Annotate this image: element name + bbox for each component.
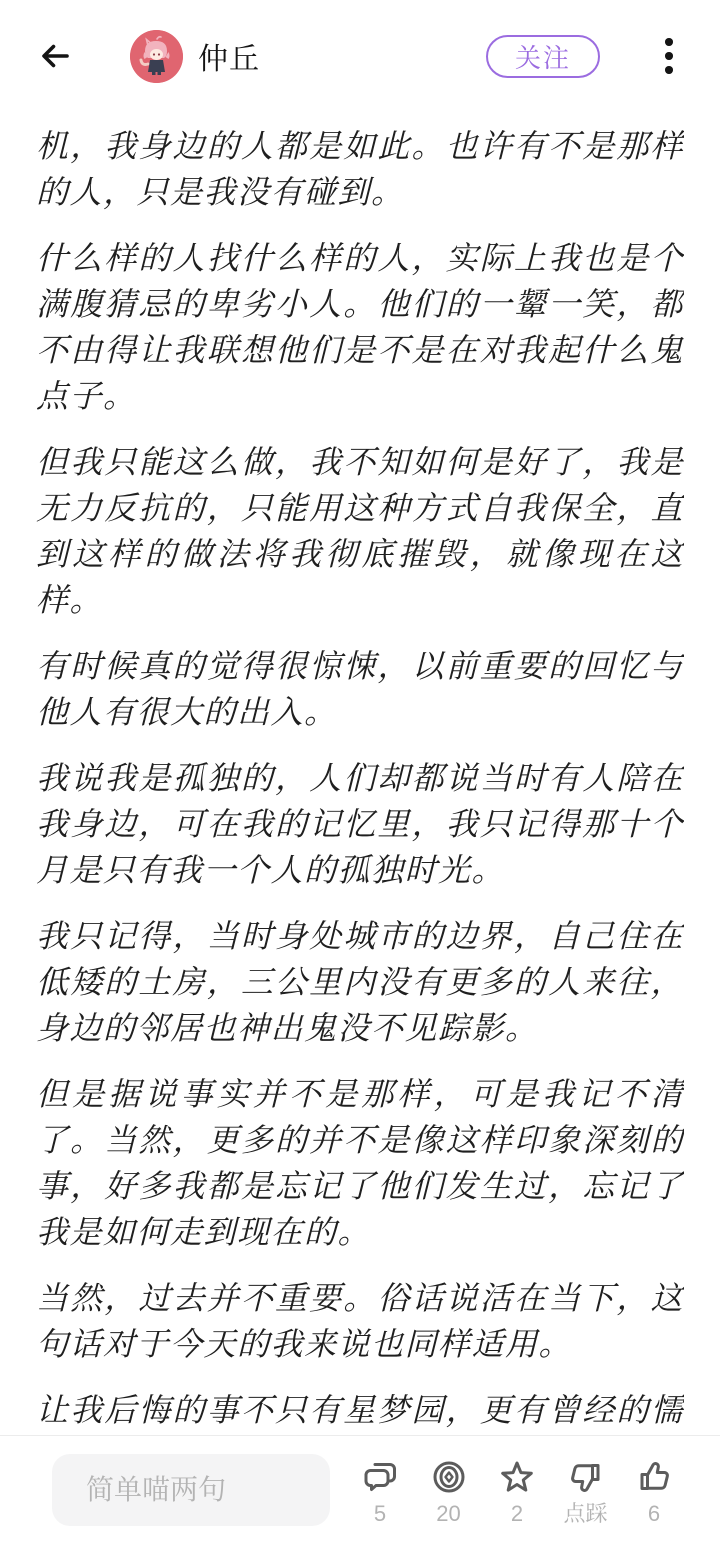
- article-paragraph: 当然，过去并不重要。俗话说活在当下，这句话对于今天的我来说也同样适用。: [36, 1275, 684, 1367]
- top-app-bar: 仲丘 关注: [0, 0, 720, 112]
- article-body: 机，我身边的人都是如此。也许有不是那样的人，只是我没有碰到。 什么样的人找什么样…: [36, 112, 684, 1543]
- coin-count: 20: [436, 1502, 460, 1526]
- thumbs-up-icon: [634, 1457, 674, 1497]
- star-icon: [497, 1457, 537, 1497]
- username[interactable]: 仲丘: [198, 34, 260, 78]
- article-paragraph: 什么样的人找什么样的人，实际上我也是个满腹猜忌的卑劣小人。他们的一颦一笑，都不由…: [36, 235, 684, 419]
- article-paragraph: 有时候真的觉得很惊悚，以前重要的回忆与他人有很大的出入。: [36, 643, 684, 735]
- article-paragraph: 但是据说事实并不是那样，可是我记不清了。当然，更多的并不是像这样印象深刻的事，好…: [36, 1071, 684, 1255]
- avatar-image: [130, 30, 183, 83]
- back-arrow-icon: [36, 37, 74, 75]
- like-button[interactable]: 6: [626, 1457, 682, 1526]
- article-paragraph: 我说我是孤独的，人们却都说当时有人陪在我身边，可在我的记忆里，我只记得那十个月是…: [36, 755, 684, 893]
- comment-count: 5: [374, 1502, 386, 1526]
- more-menu-button[interactable]: [664, 34, 674, 78]
- action-buttons: 5 20 2 点踩: [352, 1453, 682, 1526]
- article-paragraph: 但我只能这么做，我不知如何是好了，我是无力反抗的，只能用这种方式自我保全，直到这…: [36, 439, 684, 623]
- dislike-button[interactable]: 点踩: [558, 1457, 614, 1526]
- kebab-dot: [665, 52, 673, 60]
- thumbs-down-icon: [566, 1457, 606, 1497]
- article-paragraph: 机，我身边的人都是如此。也许有不是那样的人，只是我没有碰到。: [36, 123, 684, 215]
- like-count: 6: [648, 1502, 660, 1526]
- kebab-dot: [665, 66, 673, 74]
- kebab-dot: [665, 38, 673, 46]
- bottom-action-bar: 5 20 2 点踩: [0, 1435, 720, 1543]
- follow-button[interactable]: 关注: [486, 35, 600, 78]
- comment-button[interactable]: 5: [352, 1457, 408, 1526]
- coin-icon: [429, 1457, 469, 1497]
- comment-input[interactable]: [52, 1454, 330, 1526]
- avatar[interactable]: [130, 30, 183, 83]
- dislike-label: 点踩: [563, 1502, 607, 1526]
- back-button[interactable]: [36, 37, 74, 75]
- coin-button[interactable]: 20: [421, 1457, 477, 1526]
- favorite-count: 2: [511, 1502, 523, 1526]
- favorite-button[interactable]: 2: [489, 1457, 545, 1526]
- article-paragraph: 我只记得，当时身处城市的边界，自己住在低矮的土房，三公里内没有更多的人来往，身边…: [36, 913, 684, 1051]
- comment-icon: [360, 1457, 400, 1497]
